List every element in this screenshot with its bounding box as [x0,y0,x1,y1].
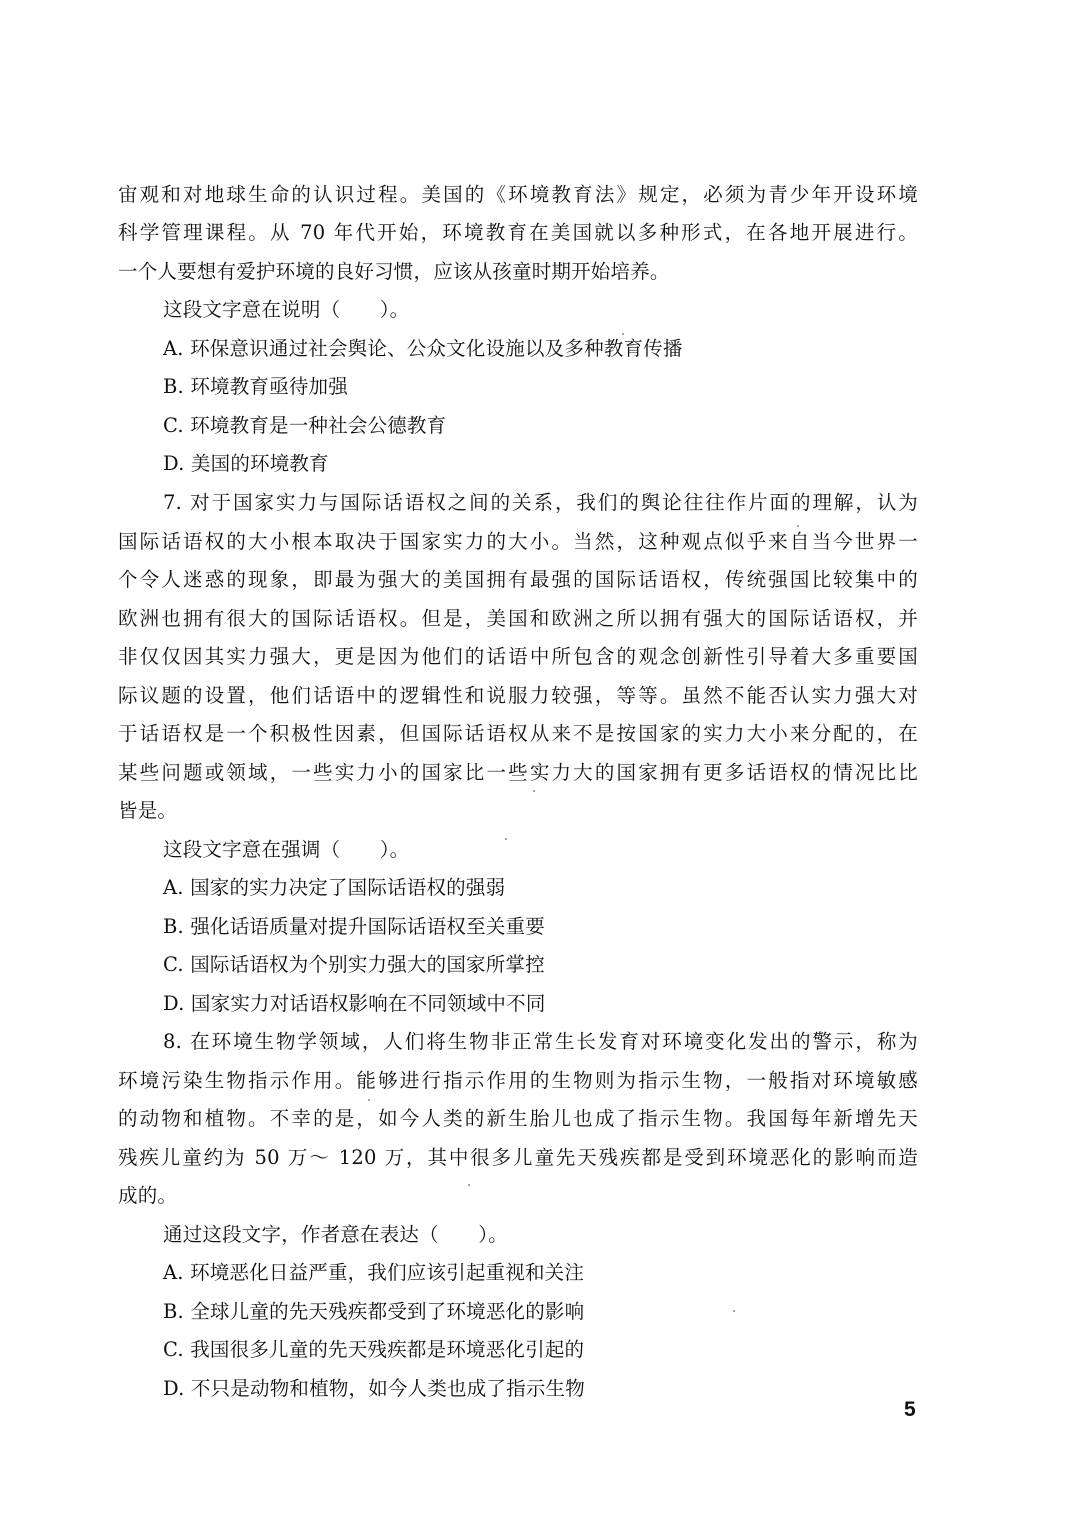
passage-line: 一个人要想有爱护环境的良好习惯，应该从孩童时期开始培养。 [118,260,670,284]
option-b: B. 环境教育亟待加强 [163,375,348,399]
page-number: 5 [904,1398,916,1422]
option-a: A. 环境恶化日益严重，我们应该引起重视和关注 [163,1261,584,1285]
option-d: D. 不只是动物和植物，如今人类也成了指示生物 [163,1377,585,1401]
passage-line: 皆是。 [118,799,177,823]
scan-speck [733,1310,735,1312]
option-b: B. 强化话语质量对提升国际话语权至关重要 [163,915,545,939]
question-prompt: 通过这段文字，作者意在表达（ ）。 [163,1223,508,1247]
option-c: C. 国际话语权为个别实力强大的国家所掌控 [163,953,545,977]
passage-line: 成的。 [118,1184,177,1208]
option-c: C. 我国很多儿童的先天残疾都是环境恶化引起的 [163,1338,584,1362]
passage-line: 的动物和植物。不幸的是，如今人类的新生胎儿也成了指示生物。我国每年新增先天 [118,1107,918,1131]
passage-line: 宙观和对地球生命的认识过程。美国的《环境教育法》规定，必须为青少年开设环境 [118,183,918,207]
passage-line: 国际话语权的大小根本取决于国家实力的大小。当然，这种观点似乎来自当今世界一 [118,530,918,554]
passage-line: 于话语权是一个积极性因素，但国际话语权从来不是按国家的实力大小来分配的，在 [118,722,918,746]
scan-speck [797,525,799,527]
option-d: D. 美国的环境教育 [163,452,329,476]
passage-line: 环境污染生物指示作用。能够进行指示作用的生物则为指示生物，一般指对环境敏感 [118,1069,918,1093]
passage-line: 科学管理课程。从 70 年代开始，环境教育在美国就以多种形式，在各地开展进行。 [118,221,918,245]
option-a: A. 环保意识通过社会舆论、公众文化设施以及多种教育传播 [163,337,683,361]
passage-line: 某些问题或领域，一些实力小的国家比一些实力大的国家拥有更多话语权的情况比比 [118,761,918,785]
option-b: B. 全球儿童的先天残疾都受到了环境恶化的影响 [163,1300,584,1324]
scan-speck [368,1099,370,1101]
passage-line: 残疾儿童约为 50 万～ 120 万，其中很多儿童先天残疾都是受到环境恶化的影响… [118,1146,918,1170]
scan-speck [622,333,624,335]
passage-line: 8. 在环境生物学领域，人们将生物非正常生长发育对环境变化发出的警示，称为 [163,1030,918,1054]
option-a: A. 国家的实力决定了国际话语权的强弱 [163,876,505,900]
option-d: D. 国家实力对话语权影响在不同领域中不同 [163,992,546,1016]
question-prompt: 这段文字意在强调（ ）。 [163,838,409,862]
passage-line: 非仅仅因其实力强大，更是因为他们的话语中所包含的观念创新性引导着大多重要国 [118,645,918,669]
passage-line: 际议题的设置，他们话语中的逻辑性和说服力较强，等等。虽然不能否认实力强大对 [118,684,918,708]
exam-page: 宙观和对地球生命的认识过程。美国的《环境教育法》规定，必须为青少年开设环境 科学… [0,0,1077,1518]
scan-speck [468,1184,470,1186]
option-c: C. 环境教育是一种社会公德教育 [163,414,446,438]
question-prompt: 这段文字意在说明（ ）。 [163,298,409,322]
scan-speck [533,790,535,792]
scan-speck [505,838,507,840]
passage-line: 个令人迷惑的现象，即最为强大的美国拥有最强的国际话语权，传统强国比较集中的 [118,568,918,592]
passage-line: 欧洲也拥有很大的国际话语权。但是，美国和欧洲之所以拥有强大的国际话语权，并 [118,607,918,631]
passage-line: 7. 对于国家实力与国际话语权之间的关系，我们的舆论往往作片面的理解，认为 [163,491,918,515]
